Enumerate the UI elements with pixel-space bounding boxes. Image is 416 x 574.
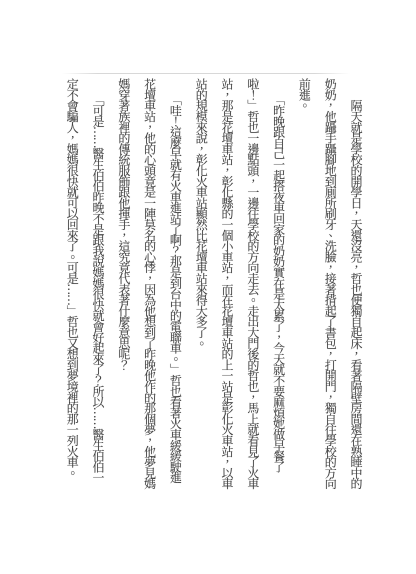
text-column: 媽穿著族裡的傳統服飾跟他揮手，這究竟代表著什麼意思呢？ [110,78,136,492]
text-column: 啦！」哲也一邊點頭，一邊往學校的方向走去。走出大門後的哲也，馬上就看見了火車 [239,78,265,492]
text-column: 定不會騙人，媽媽很快就可以回來了。可是……」哲也又想到夢境裡的那一列火車。 [58,78,84,492]
scan-shadow-line [62,73,350,74]
text-column: 「哇！這麼早就有火車進站了啊？那是到台中的電聯車。」哲也看著火車緩緩駛進 [162,78,188,492]
text-column: 站的規模來說，彰化火車站顯然比花壇車站來得大多了。 [187,78,213,492]
text-column: 前進。 [291,78,317,492]
text-column: 站，那是花壇車站，彰化縣的一個小車站，而在花壇車站的上一站是彰化火車站，以車 [213,78,239,492]
vertical-text-block: 隔天就是學校的開學日，天還沒亮，哲也便獨自起床，看著隔壁房間還在熟睡中的 奶奶，… [58,78,368,492]
text-column: 「昨晚跟自己一起搭夜車回家的奶奶實在是太累了，今天就不要麻煩她做早餐了 [265,78,291,492]
text-column: 奶奶，他躡手躡腳地到廁所刷牙、洗臉，接著揹起了書包，打開門，獨自往學校的方向 [316,78,342,492]
text-column: 花壇車站，他的心頭竟是一陣莫名的心悸，因為他想到了昨晚他作的那個夢，他夢見媽 [136,78,162,492]
text-column: 隔天就是學校的開學日，天還沒亮，哲也便獨自起床，看著隔壁房間還在熟睡中的 [342,78,368,492]
book-page: 隔天就是學校的開學日，天還沒亮，哲也便獨自起床，看著隔壁房間還在熟睡中的 奶奶，… [0,0,416,574]
text-column: 「可是……醫生伯伯昨晚不是跟我說媽媽很快就會好起來了？所以……醫生伯伯一 [84,78,110,492]
